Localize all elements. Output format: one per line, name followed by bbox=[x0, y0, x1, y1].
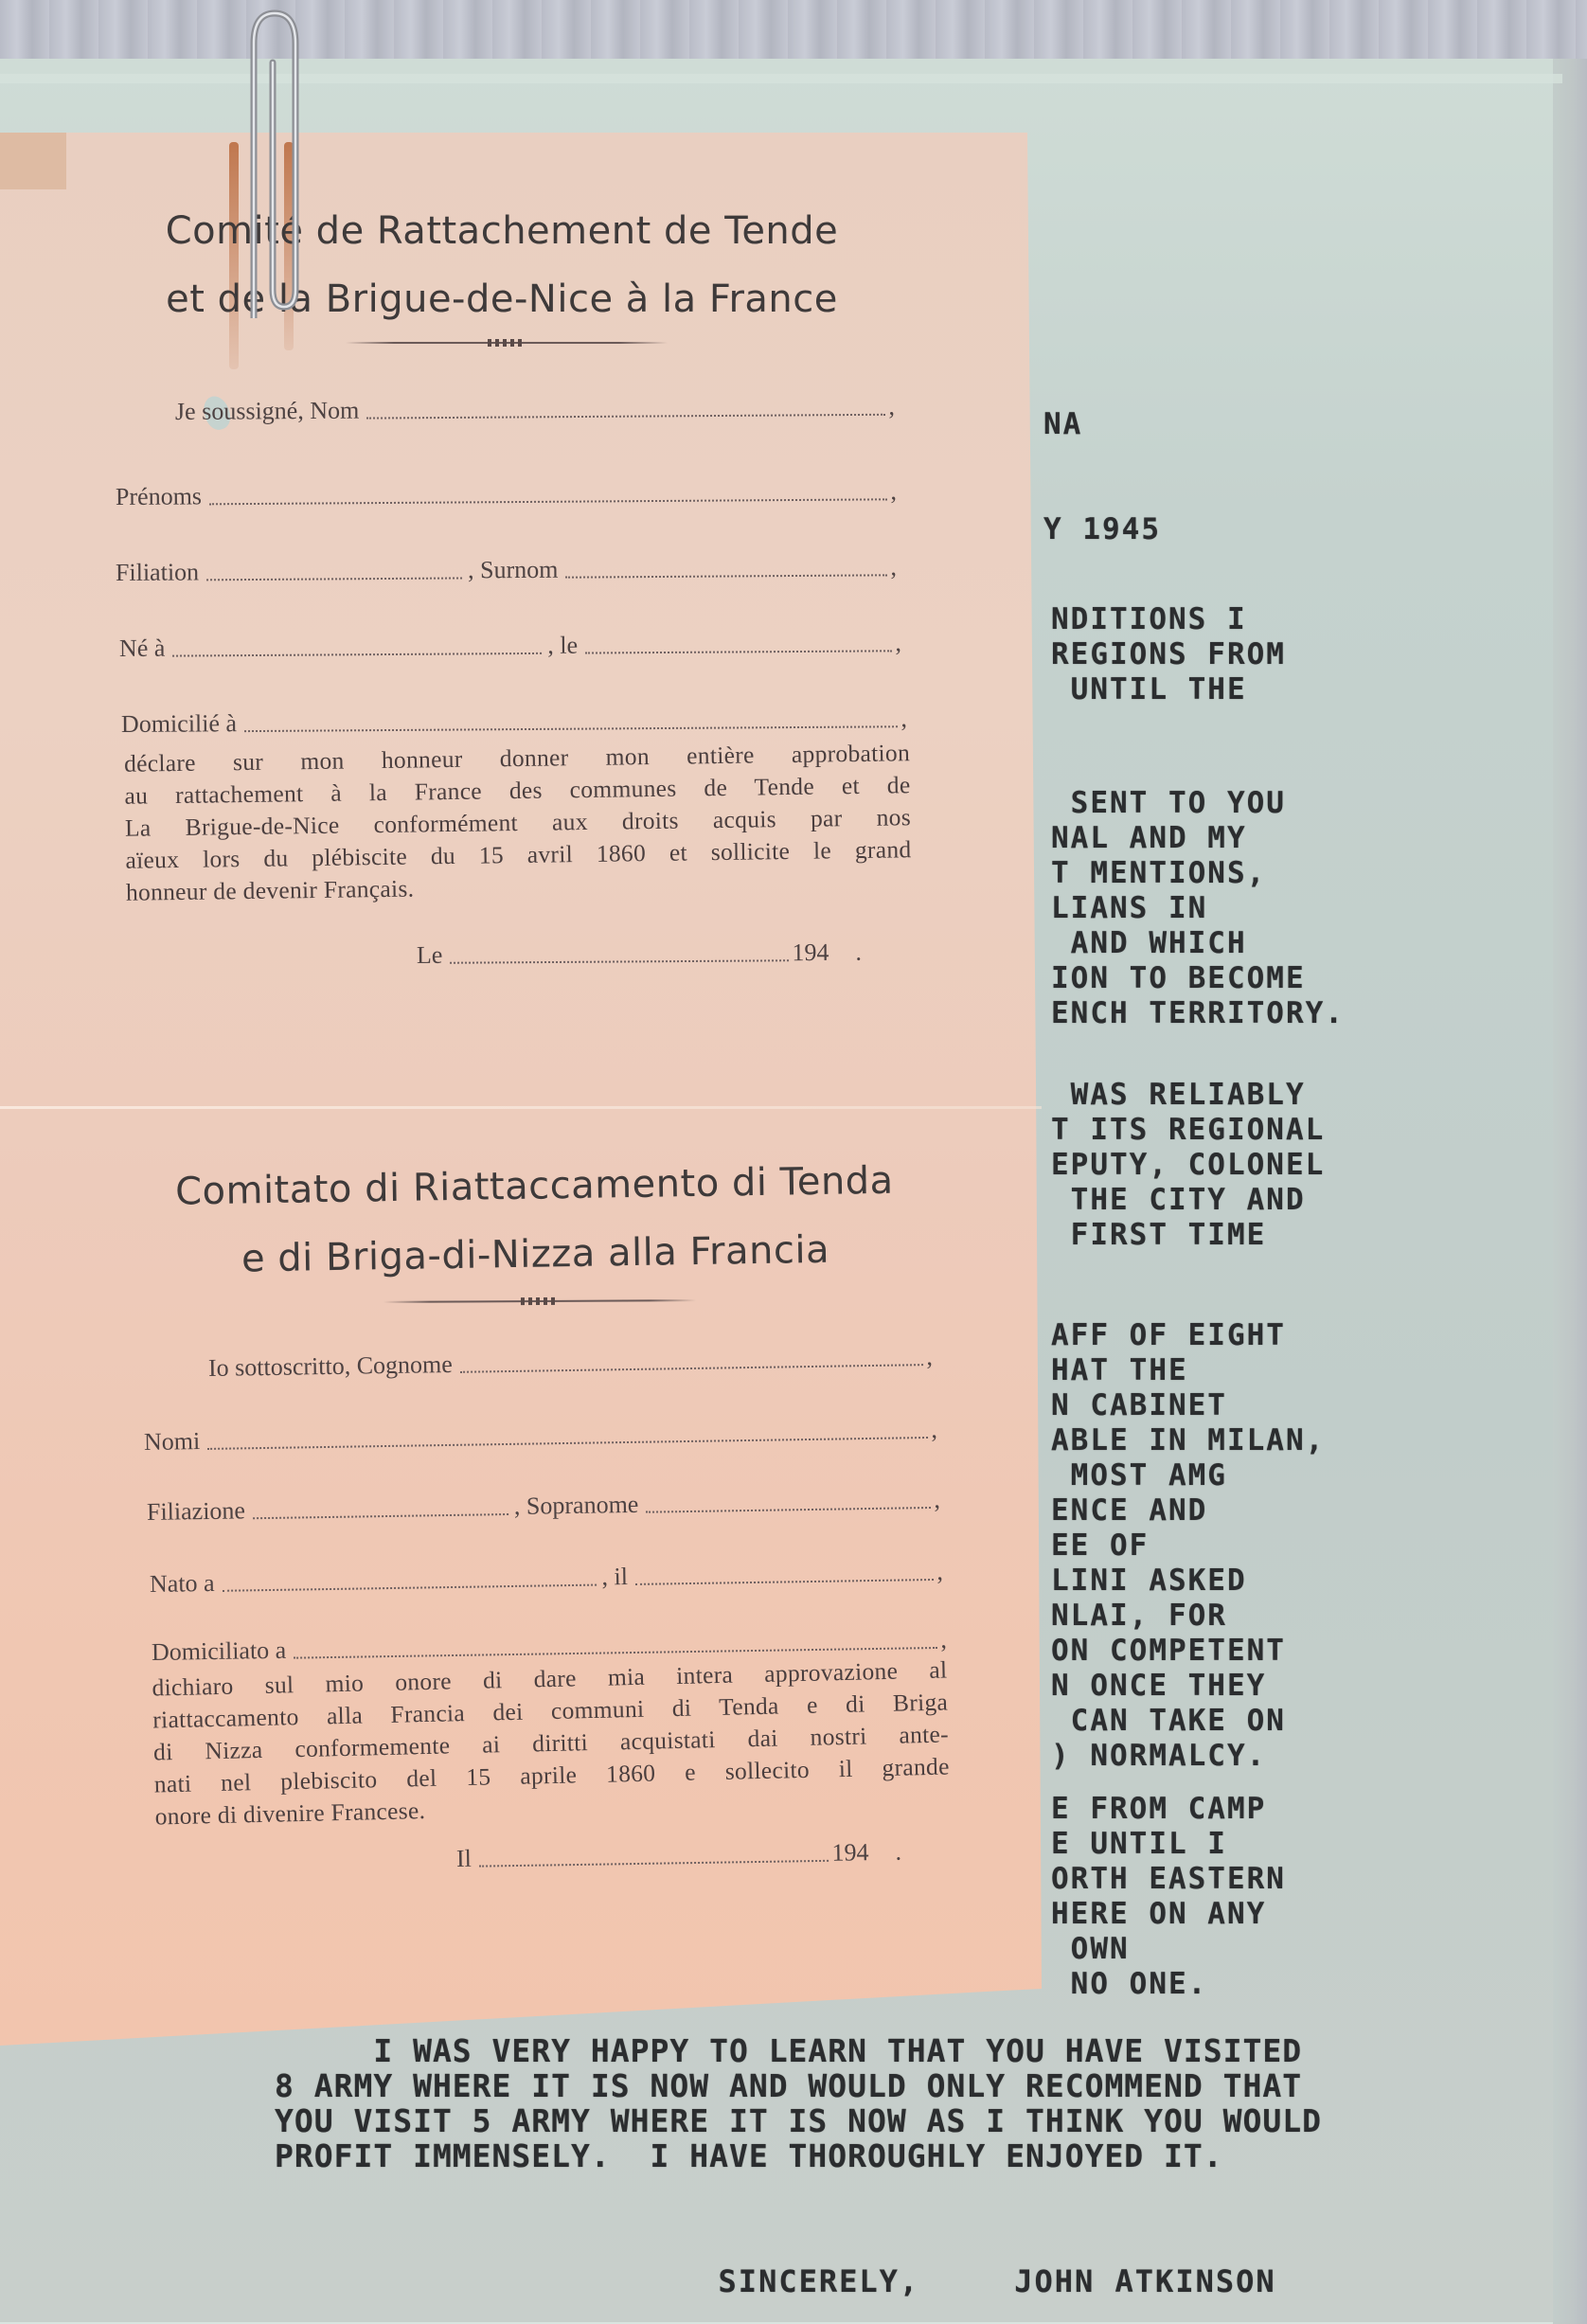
text-line: SENT TO YOU bbox=[1051, 786, 1345, 821]
field-label: , Surnom bbox=[468, 556, 559, 585]
text-line: THE CITY AND bbox=[1051, 1183, 1325, 1218]
blank-line[interactable] bbox=[585, 650, 891, 653]
text-line: NO ONE. bbox=[1051, 1967, 1286, 2002]
italian-declaration: dichiaro sul mio onore di dare mia inter… bbox=[152, 1654, 951, 1832]
text-line: ) NORMALCY. bbox=[1051, 1739, 1325, 1774]
text-line: AFF OF EIGHT bbox=[1051, 1318, 1325, 1353]
text-line: ENCH TERRITORY. bbox=[1051, 996, 1345, 1031]
text-line: NAL AND MY bbox=[1051, 821, 1345, 856]
text-line: UNTIL THE bbox=[1051, 672, 1286, 707]
text-line: EE OF bbox=[1051, 1528, 1325, 1564]
field-label: , le bbox=[547, 632, 578, 660]
letter-stack-edge bbox=[1553, 59, 1587, 2324]
italian-form-title: Comitato di Riattaccamento di Tenda e di… bbox=[151, 1146, 919, 1295]
letter-paragraph-4: AFF OF EIGHTHAT THEN CABINETABLE IN MILA… bbox=[1051, 1318, 1325, 1774]
field-label: Né à bbox=[119, 635, 166, 663]
field-ne-a[interactable]: Né à, le, bbox=[119, 629, 901, 663]
text-line: NDITIONS I bbox=[1051, 602, 1286, 637]
letter-paragraph-2: SENT TO YOUNAL AND MYT MENTIONS,LIANS IN… bbox=[1051, 786, 1345, 1031]
text-line: HERE ON ANY bbox=[1051, 1897, 1286, 1932]
blank-line[interactable] bbox=[209, 498, 886, 505]
text-line: E FROM CAMP bbox=[1051, 1792, 1286, 1827]
text-line: ON COMPETENT bbox=[1051, 1634, 1325, 1669]
field-date-fr[interactable]: Le194. bbox=[417, 939, 862, 970]
letter-header-line: NA bbox=[1043, 407, 1161, 442]
blank-line[interactable] bbox=[460, 1364, 923, 1373]
blank-line[interactable] bbox=[635, 1579, 933, 1585]
text-line: CAN TAKE ON bbox=[1051, 1704, 1325, 1739]
field-label: , il bbox=[601, 1563, 628, 1591]
text-line: OWN bbox=[1051, 1932, 1286, 1967]
paper-stain bbox=[0, 133, 66, 189]
letter-top-edge bbox=[0, 74, 1562, 83]
text-line: HAT THE bbox=[1051, 1353, 1325, 1388]
text-line: N CABINET bbox=[1051, 1388, 1325, 1423]
text-line: PROFIT IMMENSELY. I HAVE THOROUGHLY ENJO… bbox=[275, 2139, 1322, 2174]
field-filiation[interactable]: Filiation, Surnom, bbox=[116, 553, 897, 587]
text-line: FIRST TIME bbox=[1051, 1218, 1325, 1253]
letter-date-line: Y 1945 bbox=[1043, 512, 1161, 547]
field-label: Je soussigné, Nom bbox=[175, 397, 359, 426]
blank-line[interactable] bbox=[366, 414, 884, 420]
field-label: , Sopranome bbox=[514, 1491, 639, 1521]
text-line: NLAI, FOR bbox=[1051, 1599, 1325, 1634]
letter-closing-paragraph: I WAS VERY HAPPY TO LEARN THAT YOU HAVE … bbox=[275, 2034, 1322, 2174]
fold-crease bbox=[0, 1106, 1042, 1109]
signature-name: JOHN ATKINSON bbox=[1014, 2264, 1275, 2299]
blank-line[interactable] bbox=[206, 577, 462, 581]
blank-line[interactable] bbox=[479, 1860, 829, 1868]
blank-line[interactable] bbox=[253, 1513, 508, 1519]
text-line: EPUTY, COLONEL bbox=[1051, 1148, 1325, 1183]
field-nom[interactable]: Je soussigné, Nom, bbox=[175, 393, 895, 426]
blank-line[interactable] bbox=[223, 1584, 597, 1592]
text-line: ION TO BECOME bbox=[1051, 961, 1345, 996]
blank-line[interactable] bbox=[244, 725, 897, 732]
blank-line[interactable] bbox=[450, 959, 788, 963]
field-label: Nomi bbox=[144, 1427, 201, 1457]
year-prefix: 194 bbox=[792, 939, 829, 967]
field-label: Le bbox=[417, 941, 443, 970]
text-line: REGIONS FROM bbox=[1051, 637, 1286, 672]
letter-paragraph-5: E FROM CAMPE UNTIL IORTH EASTERNHERE ON … bbox=[1051, 1792, 1286, 2002]
field-label: Filiazione bbox=[147, 1496, 245, 1527]
french-declaration: déclare sur mon honneur donner mon entiè… bbox=[124, 737, 912, 909]
field-label: Nato a bbox=[150, 1569, 215, 1599]
text-line: I WAS VERY HAPPY TO LEARN THAT YOU HAVE … bbox=[275, 2034, 1322, 2069]
letter-signoff: SINCERELY,JOHN ATKINSON bbox=[678, 2229, 1276, 2299]
text-line: WAS RELIABLY bbox=[1051, 1078, 1325, 1113]
year-prefix: 194 bbox=[831, 1838, 868, 1868]
field-prenoms[interactable]: Prénoms, bbox=[116, 477, 897, 511]
italian-title-line-1: Comitato di Riattaccamento di Tenda bbox=[151, 1146, 918, 1226]
text-line: LIANS IN bbox=[1051, 891, 1345, 926]
text-line: 8 ARMY WHERE IT IS NOW AND WOULD ONLY RE… bbox=[275, 2069, 1322, 2104]
text-line: ORTH EASTERN bbox=[1051, 1862, 1286, 1897]
paperclip-icon bbox=[237, 6, 312, 318]
blank-line[interactable] bbox=[566, 574, 887, 578]
field-domicile[interactable]: Domicilié à, bbox=[121, 705, 907, 739]
field-label: Domiciliato a bbox=[152, 1636, 287, 1667]
text-line: E UNTIL I bbox=[1051, 1827, 1286, 1862]
field-label: Prénoms bbox=[116, 482, 202, 511]
text-line: N ONCE THEY bbox=[1051, 1669, 1325, 1704]
text-line: ABLE IN MILAN, bbox=[1051, 1423, 1325, 1458]
blank-line[interactable] bbox=[646, 1507, 930, 1513]
text-line: ENCE AND bbox=[1051, 1493, 1325, 1528]
field-label: Io sottoscritto, Cognome bbox=[208, 1350, 453, 1383]
text-line: T MENTIONS, bbox=[1051, 856, 1345, 891]
text-line: LINI ASKED bbox=[1051, 1564, 1325, 1599]
text-line: T ITS REGIONAL bbox=[1051, 1113, 1325, 1148]
letter-paragraph-1: NDITIONS IREGIONS FROM UNTIL THE bbox=[1051, 602, 1286, 707]
title-ornament-rule bbox=[346, 342, 668, 344]
text-line: MOST AMG bbox=[1051, 1458, 1325, 1493]
field-label: Domicilié à bbox=[121, 709, 237, 739]
text-line: YOU VISIT 5 ARMY WHERE IT IS NOW AS I TH… bbox=[275, 2104, 1322, 2139]
italian-title-line-2: e di Briga-di-Nizza alla Francia bbox=[152, 1214, 919, 1295]
field-label: Il bbox=[456, 1845, 472, 1873]
letter-paragraph-3: WAS RELIABLYT ITS REGIONALEPUTY, COLONEL… bbox=[1051, 1078, 1325, 1253]
closing-word: SINCERELY, bbox=[719, 2264, 920, 2299]
letter-header: NA Y 1945 bbox=[1043, 337, 1161, 582]
field-label: Filiation bbox=[116, 558, 199, 587]
text-line: AND WHICH bbox=[1051, 926, 1345, 961]
blank-line[interactable] bbox=[172, 653, 542, 657]
